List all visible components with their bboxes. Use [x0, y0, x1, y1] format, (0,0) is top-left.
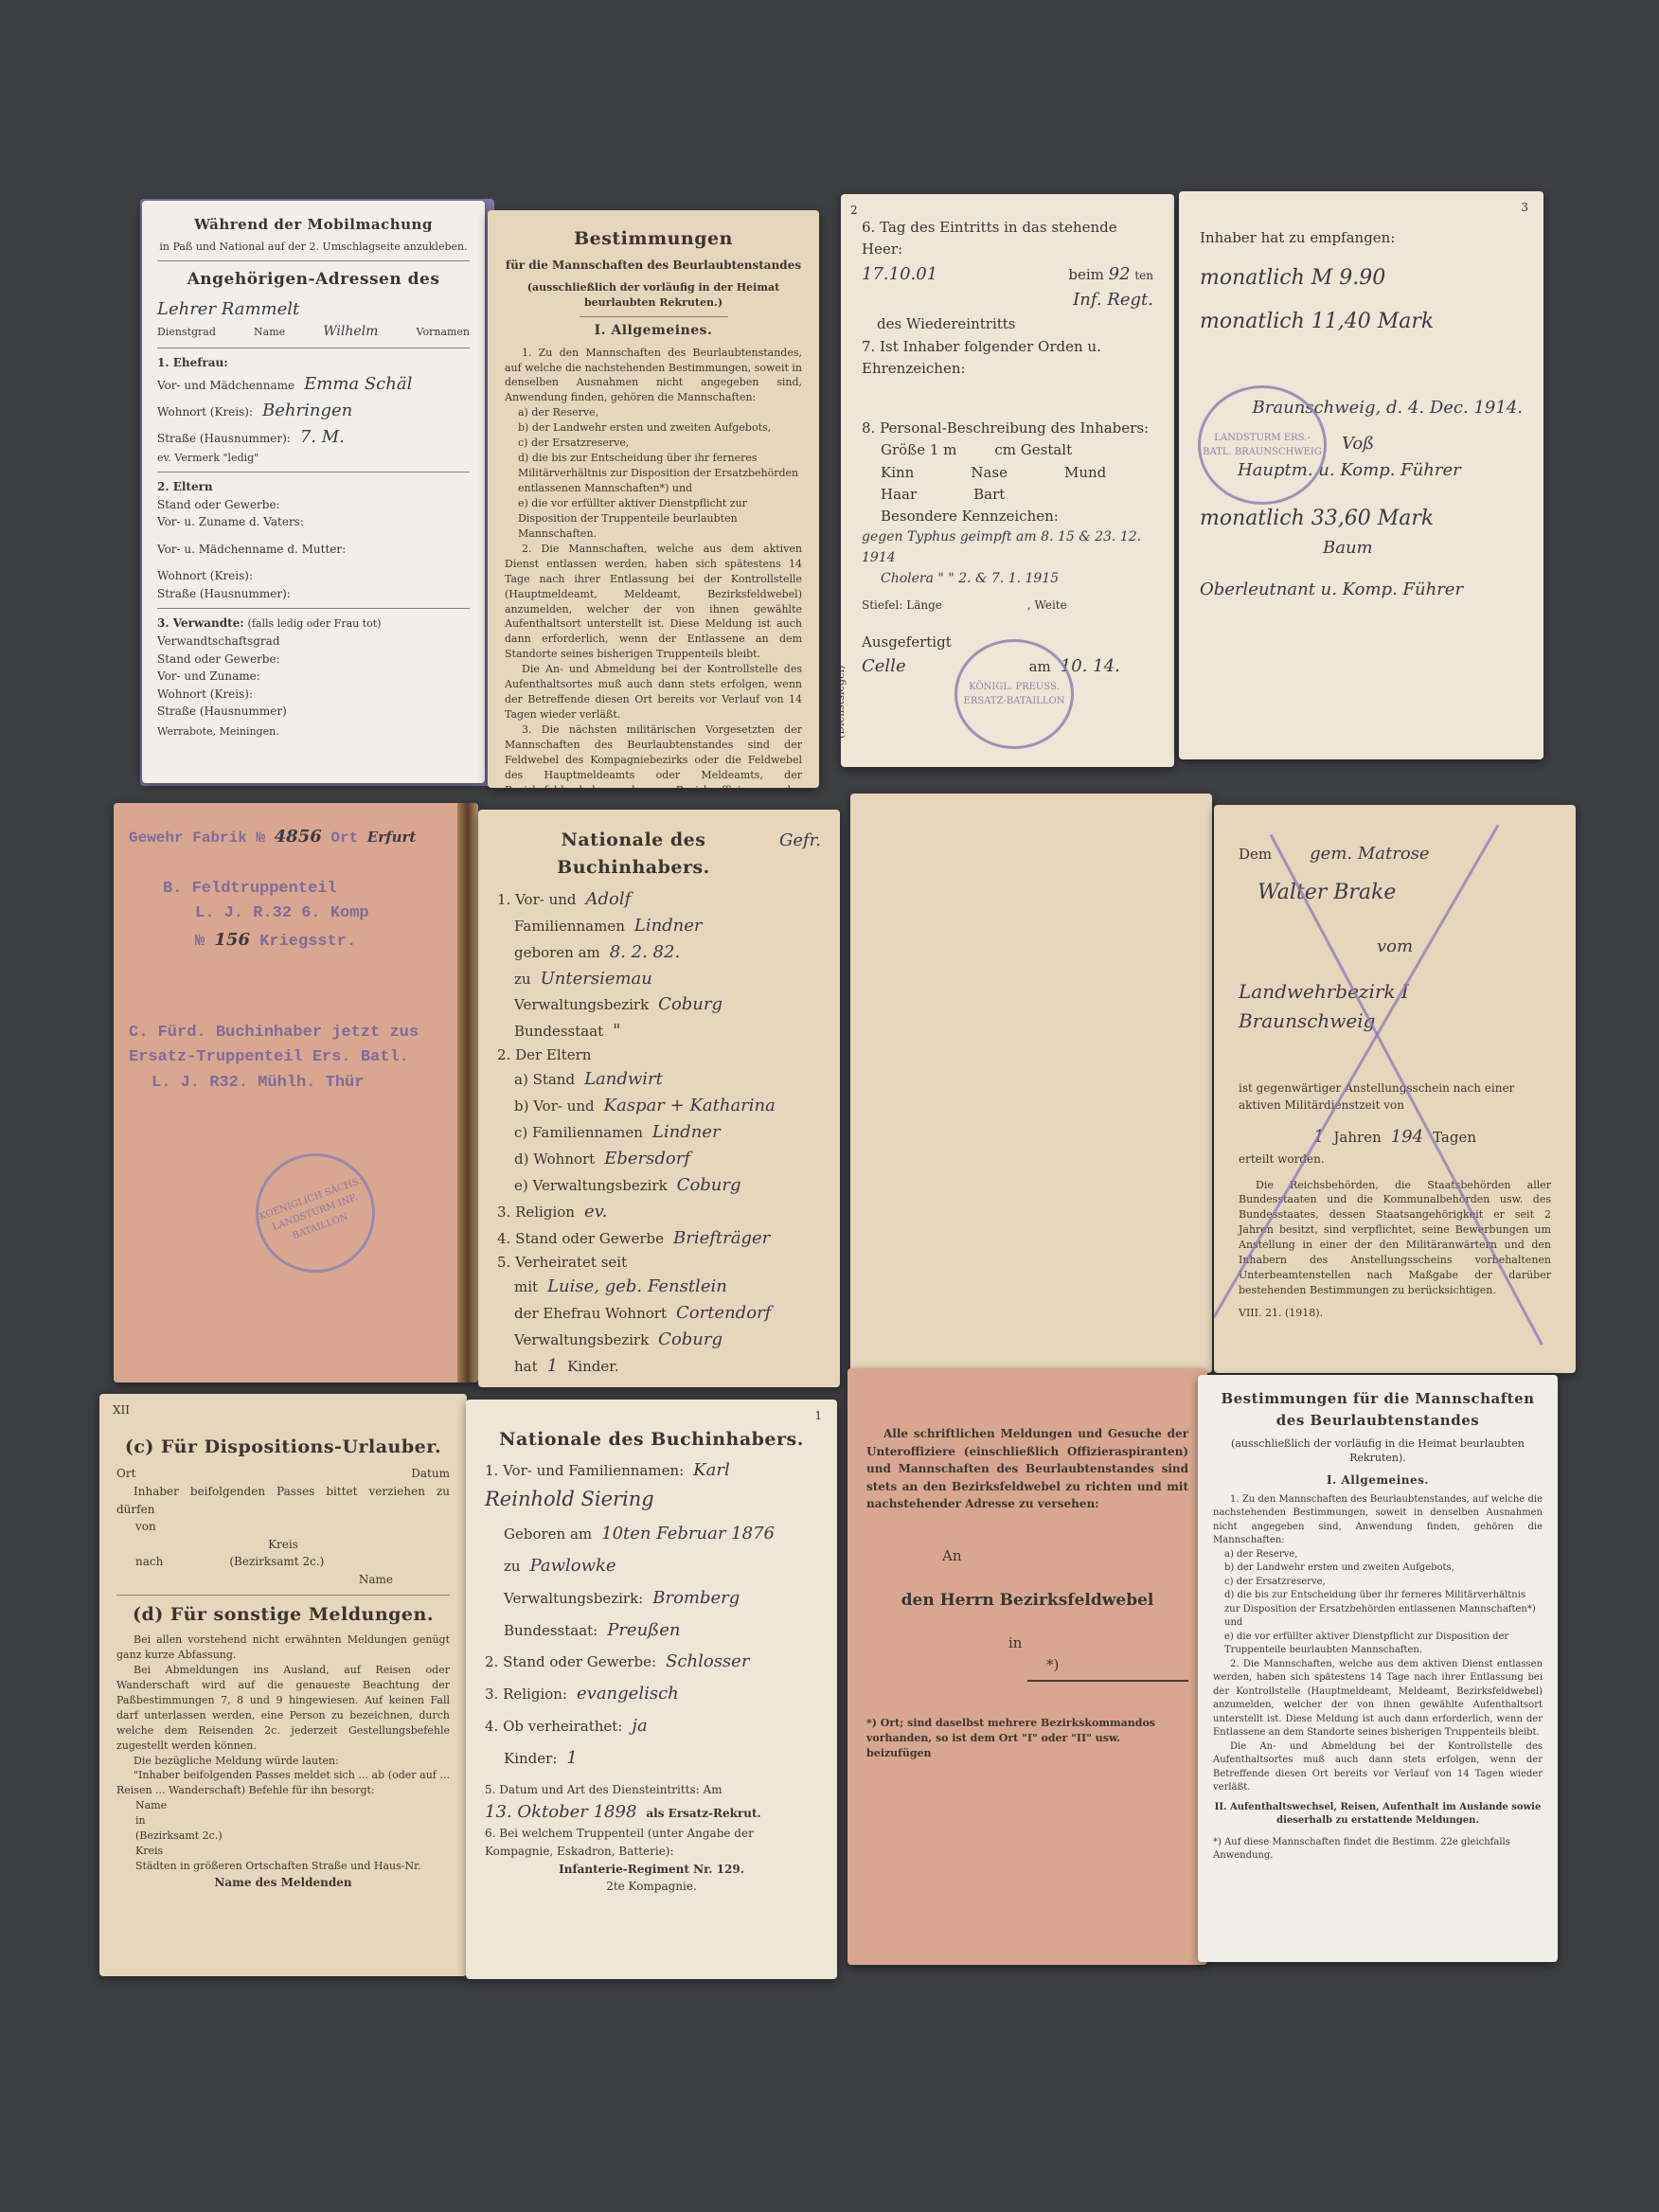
- name-label: Name: [254, 325, 285, 340]
- field-label: e) Verwaltungsbezirk: [497, 1175, 668, 1197]
- report-field: Name: [135, 1798, 450, 1813]
- pay-heading: Inhaber hat zu empfangen:: [1200, 227, 1523, 249]
- field-unit-value: L. J. R.32 6. Komp: [129, 901, 463, 926]
- company-value: 2te Kompagnie.: [485, 1878, 818, 1896]
- pay-line: monatlich 33,60 Mark: [1200, 503, 1523, 535]
- granted-text: erteilt worden.: [1239, 1151, 1551, 1168]
- field-label: 3. Religion:: [485, 1684, 567, 1705]
- field-value: Pawlowke: [530, 1553, 616, 1579]
- salutation: Dem: [1239, 844, 1272, 865]
- parents-group-label: 2. Eltern: [157, 480, 213, 493]
- field-label: 2. Stand oder Gewerbe:: [485, 1651, 656, 1673]
- paragraph-2b: Die An- und Abmeldung bei der Kontrollst…: [505, 662, 802, 722]
- list-item: b) der Landwehr ersten und zweiten Aufge…: [1224, 1561, 1543, 1576]
- paragraph: Die bezügliche Meldung würde lauten:: [116, 1754, 450, 1769]
- recipient-name: Walter Brake: [1239, 877, 1551, 909]
- addressee: den Herrn Bezirksfeldwebel: [866, 1588, 1188, 1613]
- field-value: Briefträger: [673, 1225, 770, 1252]
- regiment-value: Inf. Regt.: [862, 287, 1153, 313]
- field-label: Geboren am: [485, 1524, 592, 1545]
- field-value: Reinhold Siering: [485, 1484, 818, 1515]
- field-value: Lindner: [652, 1119, 721, 1146]
- report-field: Kreis: [135, 1844, 450, 1859]
- field-label: c) Familiennamen: [497, 1122, 643, 1144]
- replacement-unit-line: L. J. R32. Mühlh. Thür: [129, 1071, 463, 1096]
- field-label: 2. Der Eltern: [497, 1044, 591, 1066]
- boots-length-label: Stiefel: Länge: [862, 597, 942, 615]
- parents-field: Vor- u. Mädchenname d. Mutter:: [157, 541, 470, 559]
- regulations-title: Bestimmungen für die Mannschaften des Be…: [1213, 1388, 1543, 1433]
- field-label: Kinder:: [485, 1748, 557, 1770]
- field-value: ev.: [584, 1199, 607, 1225]
- relatives-note: (falls ledig oder Frau tot): [248, 617, 382, 630]
- field-value: evangelisch: [577, 1681, 679, 1707]
- certificate-text: ist gegenwärtiger Anstellungsschein nach…: [1239, 1079, 1551, 1115]
- relatives-field: Verwandtschaftsgrad: [157, 633, 470, 651]
- official-stamp: LANDSTURM ERS.-BATL. BRAUNSCHWEIG: [1198, 385, 1327, 505]
- regiment-suffix: ten: [1134, 269, 1153, 282]
- relocation-request: Inhaber beifolgenden Passes bittet verzi…: [116, 1483, 450, 1518]
- booklet3-right-page: Nationale des Buchinhabers.Gefr. 1. Vor-…: [478, 810, 840, 1387]
- relatives-field: Wohnort (Kreis):: [157, 686, 470, 704]
- issued-place: Celle: [862, 653, 906, 680]
- section-travel: II. Aufenthaltswechsel, Reisen, Aufentha…: [1213, 1801, 1543, 1828]
- list-number-prefix: №: [195, 933, 205, 951]
- page-number: 2: [850, 202, 858, 220]
- booklet6-left-page: Alle schriftlichen Meldungen und Gesuche…: [847, 1368, 1207, 1965]
- signature-title: Oberleutnant u. Komp. Führer: [1200, 577, 1523, 603]
- field-value: Coburg: [658, 991, 722, 1018]
- official-stamp: KÖNIGL. PREUSS. ERSATZ-BATAILLON: [954, 639, 1074, 749]
- field-label: Bundesstaat:: [485, 1620, 598, 1642]
- service-days: 194: [1391, 1124, 1423, 1151]
- list-number: 156: [214, 930, 250, 950]
- booklet1-right-page: Bestimmungen für die Mannschaften des Be…: [488, 210, 819, 788]
- regiment-number: 92: [1109, 264, 1131, 284]
- paragraph-3: 3. Die nächsten militärischen Vorgesetzt…: [505, 722, 802, 788]
- page-number: XII: [113, 1401, 130, 1419]
- booklet1-left-page: Während der Mobilmachung in Paß und Nati…: [142, 201, 485, 783]
- paragraph-2: 2. Die Mannschaften, welche aus dem akti…: [1213, 1658, 1543, 1740]
- field-label: 4. Stand oder Gewerbe: [497, 1228, 664, 1250]
- handwritten-name: Lehrer Rammelt: [157, 296, 470, 323]
- field-label: geboren am: [497, 942, 600, 964]
- disposition-leave-title: (c) Für Dispositions-Urlauber.: [116, 1434, 450, 1461]
- desc-chin: Kinn: [881, 462, 914, 484]
- date-label: Datum: [411, 1465, 450, 1483]
- district-office-label: (Bezirksamt 2c.): [229, 1553, 324, 1571]
- q8-description: 8. Personal-Beschreibung des Inhabers:: [862, 418, 1153, 439]
- page-number: 1: [814, 1407, 822, 1425]
- field-value: Bromberg: [652, 1585, 740, 1612]
- field-value: Landwirt: [584, 1066, 663, 1093]
- relatives-field: Vor- und Zuname:: [157, 668, 470, 686]
- address-in: in: [866, 1632, 1188, 1654]
- mobilization-header: Während der Mobilmachung: [157, 214, 470, 236]
- parents-field: Stand oder Gewerbe:: [157, 496, 470, 514]
- list-item: e) die vor erfüllter aktiver Dienstpflic…: [1224, 1631, 1543, 1658]
- field-value: Lindner: [634, 913, 703, 939]
- q5-service-entry: 5. Datum und Art des Diensteintritts: Am: [485, 1781, 818, 1799]
- list-item: e) die vor erfüllter aktiver Dienstpflic…: [518, 496, 802, 542]
- list-item: c) der Ersatzreserve,: [518, 436, 802, 451]
- special-marks-label: Besondere Kennzeichen:: [881, 506, 1153, 527]
- wife-street-label: Straße (Hausnummer):: [157, 430, 291, 448]
- vaccination-note-1: gegen Typhus geimpft am 8. 15 & 23. 12. …: [862, 527, 1153, 568]
- from-label: von: [116, 1518, 450, 1536]
- list-item: d) die bis zur Entscheidung über ihr fer…: [1224, 1589, 1543, 1631]
- list-item: c) der Ersatzreserve,: [1224, 1576, 1543, 1590]
- footnote: *) Auf diese Mannschaften findet die Bes…: [1213, 1836, 1543, 1864]
- list-item: d) die bis zur Entscheidung über ihr fer…: [518, 451, 802, 496]
- regulations-subtitle-note: (ausschließlich der vorläufig in der Hei…: [505, 280, 802, 311]
- personal-data-title: Nationale des Buchinhabers.: [485, 1426, 818, 1454]
- rank-value: gem. Matrose: [1281, 841, 1429, 867]
- footnote: *) Ort; sind daselbst mehrere Bezirkskom…: [866, 1716, 1188, 1761]
- booklet2-right-page: 3 Inhaber hat zu empfangen: monatlich M …: [1179, 191, 1543, 759]
- booklet3-left-page: Gewehr Fabrik № 4856 Ort Erfurt B. Feldt…: [114, 803, 478, 1382]
- field-label: 4. Ob verheirathet:: [485, 1716, 622, 1738]
- relatives-address-title: Angehörigen-Adressen des: [157, 267, 470, 292]
- field-label: Bundesstaat: [497, 1021, 603, 1043]
- field-label: zu: [485, 1556, 521, 1578]
- field-label: d) Wohnort: [497, 1149, 595, 1170]
- regulations-subtitle: (ausschließlich der vorläufig in die Hei…: [1213, 1436, 1543, 1467]
- field-label: 1. Vor- und Familiennamen:: [485, 1460, 684, 1482]
- field-value: 10ten Februar 1876: [601, 1521, 775, 1547]
- place-value: Erfurt: [367, 829, 417, 846]
- relatives-section: 3. Verwandte: (falls ledig oder Frau tot…: [157, 615, 470, 721]
- personal-data-fields: 1. Vor- undAdolf FamiliennamenLindner ge…: [497, 886, 821, 1380]
- page-number: 3: [1521, 199, 1528, 217]
- field-label: Verwaltungsbezirk:: [485, 1588, 643, 1610]
- parents-section: 2. Eltern Stand oder Gewerbe: Vor- u. Zu…: [157, 478, 470, 603]
- paragraph-1: 1. Zu den Mannschaften des Beurlaubtenst…: [1213, 1493, 1543, 1548]
- field-label: 5. Verheiratet seit: [497, 1252, 627, 1274]
- handwritten-first-name: Wilhelm: [323, 322, 378, 341]
- booklet5-left-page: XII (c) Für Dispositions-Urlauber. OrtDa…: [99, 1394, 467, 1976]
- wife-note: ev. Vermerk "ledig": [157, 451, 470, 466]
- category-list: a) der Reserve, b) der Landwehr ersten u…: [505, 405, 802, 541]
- field-label: Familiennamen: [497, 916, 625, 937]
- seal-label: (Dienstsiegel): [841, 666, 848, 739]
- wife-residence-label: Wohnort (Kreis):: [157, 403, 253, 421]
- field-value: Kaspar + Katharina: [604, 1093, 776, 1119]
- rifle-number: 4856: [275, 827, 322, 847]
- wife-section: 1. Ehefrau: Vor- und MädchennameEmma Sch…: [157, 354, 470, 466]
- boots-width-label: , Weite: [1027, 597, 1067, 615]
- parents-field: Wohnort (Kreis):: [157, 567, 470, 585]
- printer-imprint: Werrabote, Meiningen.: [157, 724, 470, 740]
- paragraph-1: 1. Zu den Mannschaften des Beurlaubtenst…: [505, 346, 802, 406]
- parents-field: Vor- u. Zuname d. Vaters:: [157, 513, 470, 531]
- field-label: 3. Religion: [497, 1202, 575, 1223]
- field-label: Verwaltungsbezirk: [497, 1329, 649, 1351]
- relatives-group-label: 3. Verwandte:: [157, 616, 244, 630]
- rank-value: Gefr.: [779, 828, 821, 854]
- place-label: Ort: [330, 829, 358, 847]
- field-value: 1: [566, 1745, 577, 1772]
- service-entry-type: als Ersatz-Rekrut.: [646, 1805, 760, 1823]
- address-line: [1027, 1680, 1188, 1682]
- booklet4-right-page: Demgem. Matrose Walter Brake vom Landweh…: [1214, 805, 1576, 1373]
- entry-date-value: 17.10.01: [862, 261, 937, 288]
- reporter-signature-label: Name des Meldenden: [116, 1874, 450, 1892]
- report-template: "Inhaber beifolgenden Passes meldet sich…: [116, 1768, 450, 1798]
- address-to: An: [866, 1545, 1188, 1567]
- years-label: Jahren: [1333, 1127, 1381, 1149]
- wife-group-label: 1. Ehefrau:: [157, 356, 228, 369]
- service-entry-date: 13. Oktober 1898: [485, 1799, 636, 1826]
- desc-mouth: Mund: [1064, 462, 1106, 484]
- field-label: a) Stand: [497, 1069, 575, 1091]
- field-value: Karl: [693, 1457, 730, 1484]
- regulations-title: Bestimmungen: [505, 225, 802, 253]
- list-item: a) der Reserve,: [1224, 1548, 1543, 1562]
- war-list-label: Kriegsstr.: [259, 933, 356, 951]
- field-value: Untersiemau: [541, 966, 652, 992]
- field-label: der Ehefrau Wohnort: [497, 1303, 667, 1325]
- report-field: in: [135, 1813, 450, 1828]
- field-value: Adolf: [586, 886, 632, 913]
- replacement-unit-line: C. Fürd. Buchinhaber jetzt zus: [129, 1021, 463, 1045]
- other-reports-title: (d) Für sonstige Meldungen.: [116, 1601, 450, 1629]
- regulations-subtitle: für die Mannschaften des Beurlaubtenstan…: [505, 257, 802, 275]
- field-value: Schlosser: [666, 1649, 749, 1675]
- name-label: Name: [116, 1571, 450, 1589]
- first-name-label: Vornamen: [417, 325, 470, 340]
- field-value: Coburg: [677, 1172, 741, 1199]
- field-label: 1. Vor- und: [497, 889, 577, 911]
- rifle-factory-label: Gewehr Fabrik №: [129, 829, 265, 847]
- rank-label: Dienstgrad: [157, 325, 216, 340]
- field-value: ": [613, 1018, 620, 1044]
- name-labels: Dienstgrad Name Wilhelm Vornamen: [157, 322, 470, 341]
- replacement-unit-line: Ersatz-Truppenteil Ers. Batl.: [129, 1045, 463, 1070]
- district-label: Kreis: [116, 1536, 450, 1554]
- q6-entry-date: 6. Tag des Eintritts in das stehende Hee…: [862, 217, 1153, 261]
- section-general: I. Allgemeines.: [1213, 1472, 1543, 1490]
- report-fields: Name in (Bezirksamt 2c.) Kreis Städten i…: [116, 1798, 450, 1874]
- field-value: 8. 2. 82.: [610, 939, 680, 966]
- vom-label: vom: [1239, 934, 1551, 960]
- field-label: Kinder.: [567, 1356, 618, 1378]
- field-value: ja: [632, 1713, 647, 1739]
- personal-data-title: Nationale des Buchinhabers.: [497, 827, 770, 883]
- place-label: Ort: [116, 1465, 135, 1483]
- wife-name-label: Vor- und Mädchenname: [157, 377, 294, 395]
- field-value: Preußen: [607, 1617, 680, 1644]
- official-stamp: KOENIGLICH SÄCHS. LANDSTURM INF. BATAILL…: [239, 1136, 391, 1289]
- category-list: a) der Reserve, b) der Landwehr ersten u…: [1213, 1548, 1543, 1658]
- field-value: Coburg: [658, 1327, 722, 1353]
- desc-nose: Nase: [971, 462, 1008, 484]
- field-value: Ebersdorf: [604, 1146, 690, 1172]
- q6-unit: 6. Bei welchem Truppenteil (unter Angabe…: [485, 1825, 818, 1860]
- wife-name-value: Emma Schäl: [304, 371, 412, 398]
- days-label: Tagen: [1433, 1127, 1476, 1149]
- paragraph: Bei Abmeldungen ins Ausland, auf Reisen …: [116, 1663, 450, 1754]
- field-value: Luise, geb. Fenstlein: [547, 1274, 727, 1300]
- signature: Baum: [1200, 535, 1523, 562]
- report-field: (Bezirksamt 2c.): [135, 1828, 450, 1844]
- pay-line: monatlich 11,40 Mark: [1200, 306, 1523, 338]
- form-code: VIII. 21. (1918).: [1239, 1306, 1551, 1321]
- list-item: a) der Reserve,: [518, 405, 802, 420]
- paragraph-2: 2. Die Mannschaften, welche aus dem akti…: [505, 542, 802, 663]
- field-unit-heading: B. Feldtruppenteil: [129, 877, 463, 901]
- paragraph: Bei allen vorstehend nicht erwähnten Mel…: [116, 1632, 450, 1663]
- to-label: nach: [116, 1553, 163, 1571]
- field-label: mit: [497, 1276, 538, 1298]
- booklet6-right-page: Bestimmungen für die Mannschaften des Be…: [1198, 1375, 1558, 1962]
- pay-line: monatlich M 9.90: [1200, 262, 1523, 294]
- wife-residence-value: Behringen: [262, 398, 352, 424]
- beim-label: beim: [1068, 266, 1104, 283]
- desc-height: Größe 1 m: [881, 439, 956, 461]
- wife-street-value: 7. M.: [300, 424, 345, 451]
- desc-beard: Bart: [973, 484, 1005, 506]
- field-label: b) Vor- und: [497, 1096, 595, 1117]
- mobilization-note: in Paß und National auf der 2. Umschlags…: [157, 240, 470, 255]
- relatives-field: Stand oder Gewerbe:: [157, 651, 470, 669]
- list-item: b) der Landwehr ersten und zweiten Aufge…: [518, 420, 802, 436]
- report-field: Städten in größeren Ortschaften Straße u…: [135, 1859, 450, 1874]
- section-general: I. Allgemeines.: [505, 321, 802, 342]
- reentry-label: des Wiedereintritts: [862, 313, 1153, 335]
- desc-build: cm Gestalt: [994, 439, 1072, 461]
- booklet4-left-page-blank: [850, 794, 1212, 1373]
- field-value: 1: [547, 1353, 558, 1380]
- paragraph-2b: Die An- und Abmeldung bei der Kontrollst…: [1213, 1740, 1543, 1795]
- parents-field: Straße (Hausnummer):: [157, 585, 470, 603]
- unit-value: Infanterie-Regiment Nr. 129.: [485, 1861, 818, 1879]
- field-label: Verwaltungsbezirk: [497, 994, 649, 1016]
- footnote-mark: *): [866, 1654, 1188, 1676]
- vaccination-note-2: Cholera " " 2. & 7. 1. 1915: [862, 569, 1153, 590]
- booklet2-left-page: 2 6. Tag des Eintritts in das stehende H…: [841, 194, 1174, 767]
- instructions-text: Alle schriftlichen Meldungen und Gesuche…: [866, 1425, 1188, 1513]
- q7-decorations: 7. Ist Inhaber folgender Orden u. Ehrenz…: [862, 336, 1153, 381]
- booklet5-right-page: 1 Nationale des Buchinhabers. 1. Vor- un…: [466, 1400, 837, 1979]
- description-grid: Größe 1 mcm Gestalt KinnNaseMund HaarBar…: [862, 439, 1153, 527]
- field-label: zu: [497, 969, 531, 990]
- damaged-spine: [457, 803, 478, 1382]
- relatives-field: Straße (Hausnummer): [157, 703, 470, 721]
- desc-hair: Haar: [881, 484, 917, 506]
- field-label: hat: [497, 1356, 538, 1378]
- field-value: Cortendorf: [676, 1300, 771, 1327]
